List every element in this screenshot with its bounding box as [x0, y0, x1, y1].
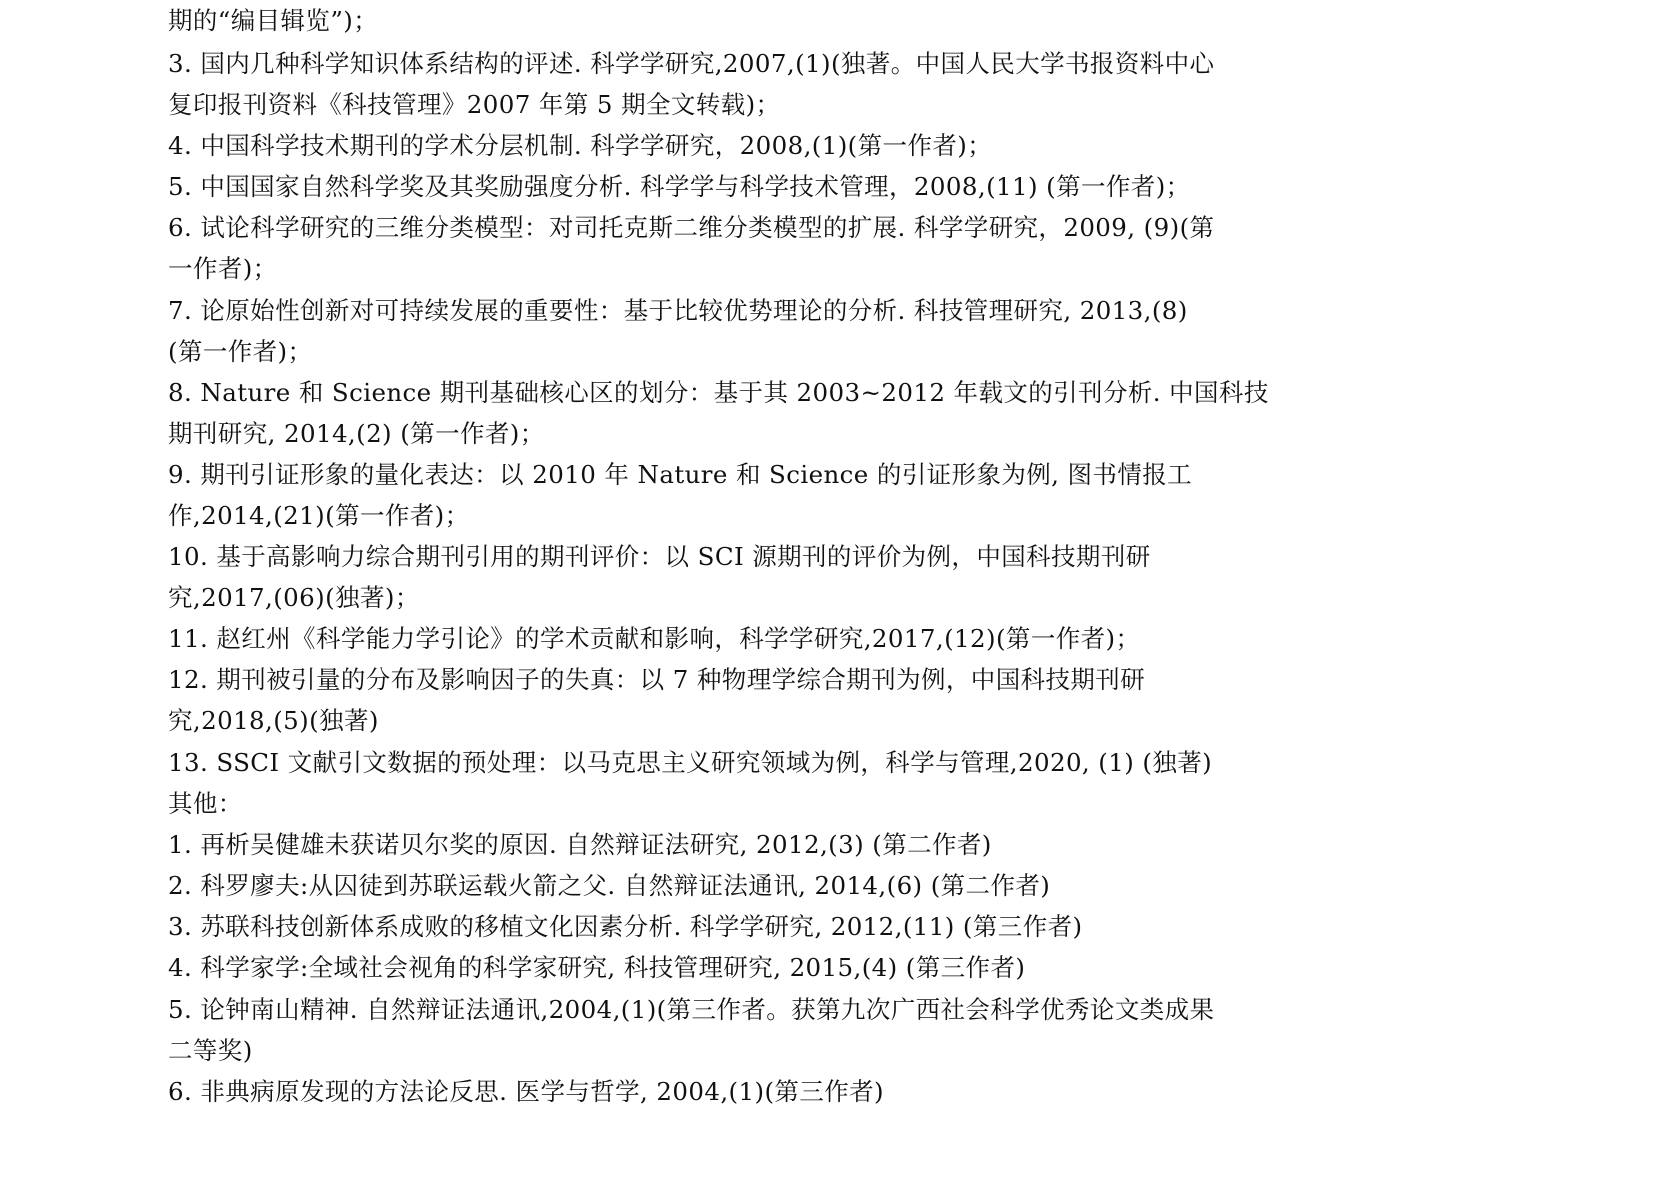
- publication-item-10-cont: 究,2017,(06)(独著)；: [168, 577, 420, 618]
- publication-item-12: 12. 期刊被引量的分布及影响因子的失真：以 7 种物理学综合期刊为例，中国科技…: [168, 659, 1145, 700]
- section-heading-other: 其他：: [168, 783, 243, 824]
- publication-item-8-cont: 期刊研究, 2014,(2) (第一作者)；: [168, 413, 545, 454]
- publication-item-7: 7. 论原始性创新对可持续发展的重要性：基于比较优势理论的分析. 科技管理研究,…: [168, 290, 1188, 331]
- publication-item-4: 4. 中国科学技术期刊的学术分层机制. 科学学研究，2008,(1)(第一作者)…: [168, 125, 992, 166]
- publication-item-13: 13. SSCI 文献引文数据的预处理：以马克思主义研究领域为例，科学与管理,2…: [168, 742, 1212, 783]
- publication-item-6: 6. 试论科学研究的三维分类模型：对司托克斯二维分类模型的扩展. 科学学研究，2…: [168, 207, 1214, 248]
- other-item-5-cont: 二等奖): [168, 1030, 253, 1071]
- other-item-5: 5. 论钟南山精神. 自然辩证法通讯,2004,(1)(第三作者。获第九次广西社…: [168, 989, 1214, 1030]
- publication-item-5: 5. 中国国家自然科学奖及其奖励强度分析. 科学学与科学技术管理，2008,(1…: [168, 166, 1191, 207]
- other-item-2: 2. 科罗廖夫:从囚徒到苏联运载火箭之父. 自然辩证法通讯, 2014,(6) …: [168, 865, 1050, 906]
- publication-item-9-cont: 作,2014,(21)(第一作者)；: [168, 495, 470, 536]
- publication-item-3: 3. 国内几种科学知识体系结构的评述. 科学学研究,2007,(1)(独著。中国…: [168, 43, 1214, 84]
- text-line-continuation-prev-item: 期的“编目辑览”)；: [168, 0, 378, 41]
- publication-item-7-cont: (第一作者)；: [168, 331, 312, 372]
- publication-item-10: 10. 基于高影响力综合期刊引用的期刊评价：以 SCI 源期刊的评价为例，中国科…: [168, 536, 1151, 577]
- publication-item-9: 9. 期刊引证形象的量化表达：以 2010 年 Nature 和 Science…: [168, 454, 1192, 495]
- other-item-6: 6. 非典病原发现的方法论反思. 医学与哲学, 2004,(1)(第三作者): [168, 1071, 884, 1112]
- publication-item-3-cont: 复印报刊资料《科技管理》2007 年第 5 期全文转载)；: [168, 84, 780, 125]
- publication-item-6-cont: 一作者)；: [168, 248, 278, 289]
- other-item-4: 4. 科学家学:全域社会视角的科学家研究, 科技管理研究, 2015,(4) (…: [168, 947, 1025, 988]
- other-item-1: 1. 再析吴健雄未获诺贝尔奖的原因. 自然辩证法研究, 2012,(3) (第二…: [168, 824, 992, 865]
- publication-item-8: 8. Nature 和 Science 期刊基础核心区的划分：基于其 2003~…: [168, 372, 1269, 413]
- publication-item-12-cont: 究,2018,(5)(独著): [168, 700, 379, 741]
- publication-item-11: 11. 赵红州《科学能力学引论》的学术贡献和影响，科学学研究,2017,(12)…: [168, 618, 1140, 659]
- other-item-3: 3. 苏联科技创新体系成败的移植文化因素分析. 科学学研究, 2012,(11)…: [168, 906, 1082, 947]
